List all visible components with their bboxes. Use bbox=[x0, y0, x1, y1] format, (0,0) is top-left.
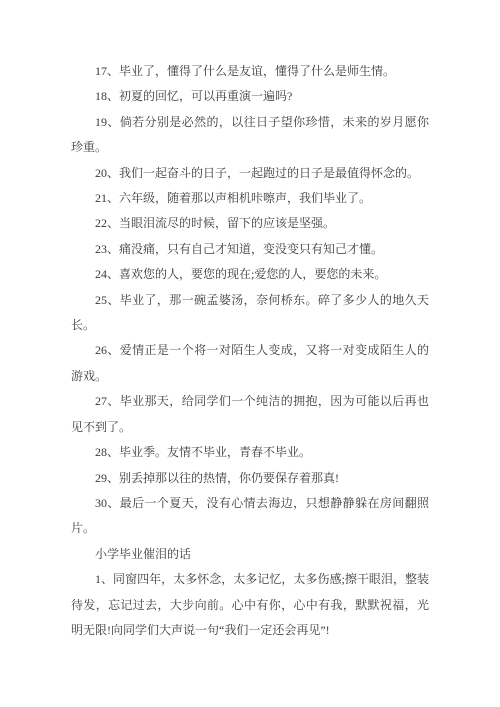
quote-item-17: 17、毕业了，懂得了什么是友谊，懂得了什么是师生情。 bbox=[71, 59, 429, 84]
quote-item-27: 27、毕业那天，给同学们一个纯洁的拥抱，因为可能以后再也见不到了。 bbox=[71, 389, 429, 440]
quote-item-1: 1、同窗四年，太多怀念，太多记忆，太多伤感;擦干眼泪，整装待发，忘记过去，大步向… bbox=[71, 567, 429, 643]
document-page: 17、毕业了，懂得了什么是友谊，懂得了什么是师生情。 18、初夏的回忆，可以再重… bbox=[0, 0, 500, 707]
section-heading: 小学毕业催泪的话 bbox=[71, 542, 429, 567]
quote-item-19: 19、倘若分别是必然的，以往日子望你珍惜，未来的岁月愿你珍重。 bbox=[71, 110, 429, 161]
quote-item-30: 30、最后一个夏天，没有心情去海边，只想静静躲在房间翻照片。 bbox=[71, 491, 429, 542]
quote-item-21: 21、六年级，随着那以声相机咔嚓声，我们毕业了。 bbox=[71, 186, 429, 211]
quote-item-24: 24、喜欢您的人，要您的现在;爱您的人，要您的未来。 bbox=[71, 262, 429, 287]
quote-item-22: 22、当眼泪流尽的时候，留下的应该是坚强。 bbox=[71, 211, 429, 236]
quote-item-23: 23、痛没痛，只有自己才知道，变没变只有知己才懂。 bbox=[71, 237, 429, 262]
quote-item-18: 18、初夏的回忆，可以再重演一遍吗? bbox=[71, 84, 429, 109]
page-background: { "page": { "background_color": "#ffffff… bbox=[0, 0, 500, 707]
quote-item-26: 26、爱情正是一个将一对陌生人变成，又将一对变成陌生人的游戏。 bbox=[71, 338, 429, 389]
quote-item-28: 28、毕业季。友情不毕业，青春不毕业。 bbox=[71, 440, 429, 465]
quote-item-25: 25、毕业了，那一碗孟婆汤，奈何桥东。碎了多少人的地久天长。 bbox=[71, 288, 429, 339]
quote-item-20: 20、我们一起奋斗的日子，一起跑过的日子是最值得怀念的。 bbox=[71, 161, 429, 186]
quote-item-29: 29、别丢掉那以往的热情，你仍要保存着那真! bbox=[71, 466, 429, 491]
